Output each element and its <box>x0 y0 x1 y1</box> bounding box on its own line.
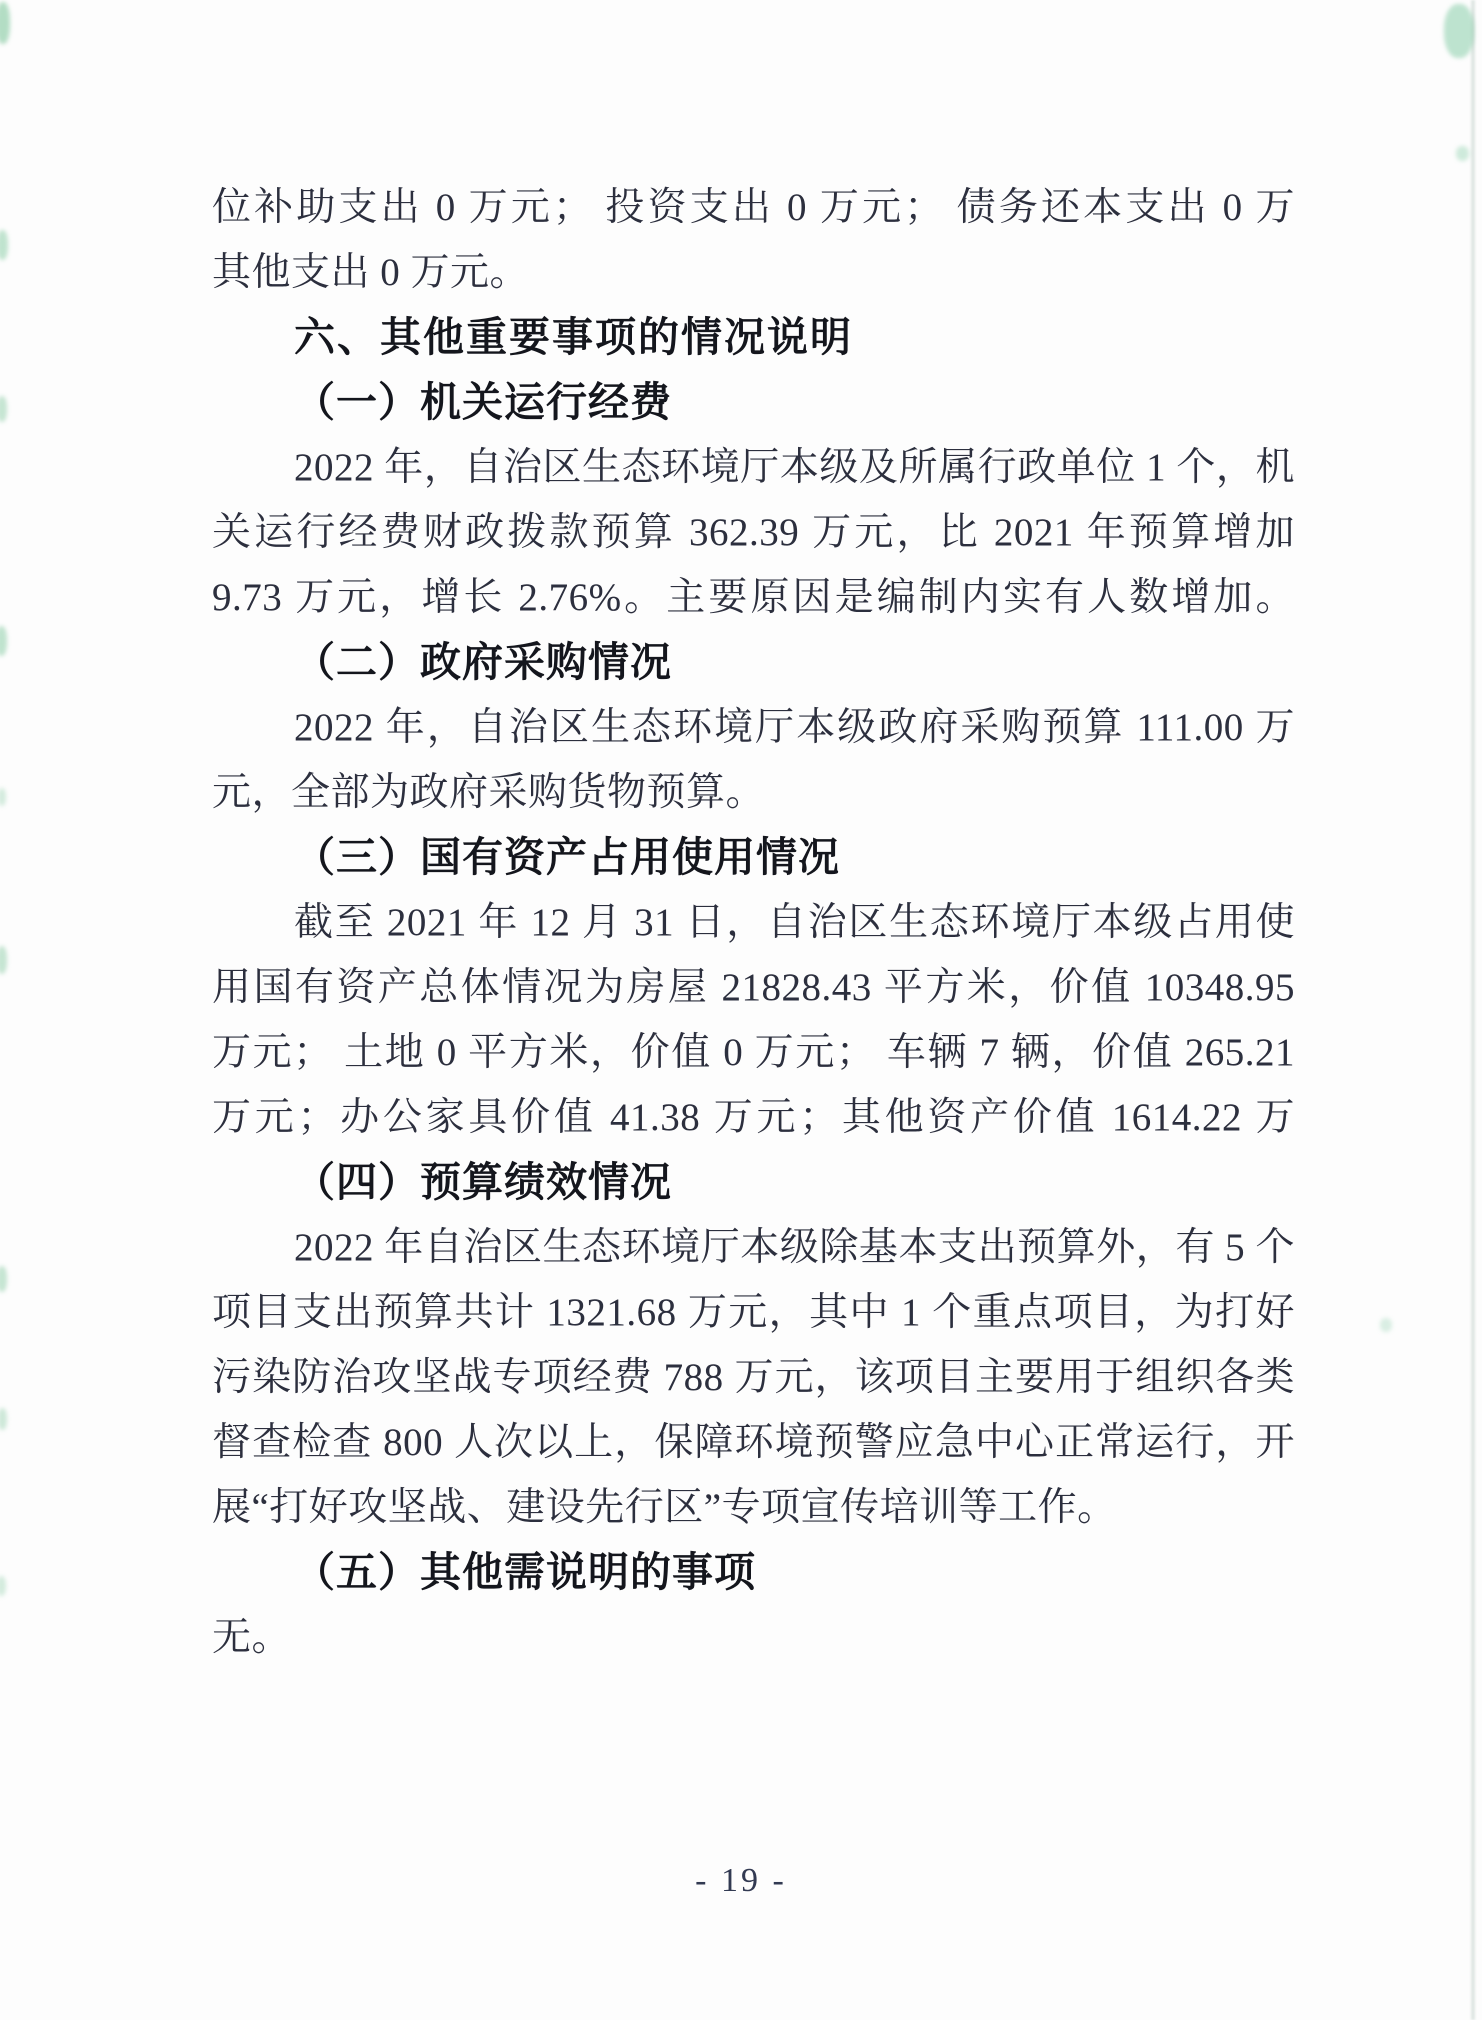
text-line: 9.73 万元，增长 2.76%。主要原因是编制内实有人数增加。 <box>212 565 1295 630</box>
scan-artifact-left <box>0 788 6 806</box>
scan-artifact-left <box>0 230 8 260</box>
text-line: 项目支出预算共计 1321.68 万元，其中 1 个重点项目，为打好 <box>212 1280 1295 1345</box>
text-line: 关运行经费财政拨款预算 362.39 万元，比 2021 年预算增加 <box>212 500 1295 565</box>
text-line: （二）政府采购情况 <box>212 630 1295 695</box>
scan-artifact-left <box>0 946 7 974</box>
text-line: （一）机关运行经费 <box>212 370 1295 435</box>
scan-artifact-top-right <box>1444 4 1474 58</box>
scan-artifact-left <box>0 1576 6 1596</box>
text-line: 其他支出 0 万元。 <box>212 240 1295 305</box>
text-line: 无。 <box>212 1605 1295 1670</box>
text-line: 万元；办公家具价值 41.38 万元；其他资产价值 1614.22 万元。 <box>212 1085 1295 1150</box>
text-line: （四）预算绩效情况 <box>212 1150 1295 1215</box>
text-line: 用国有资产总体情况为房屋 21828.43 平方米，价值 10348.95 <box>212 955 1295 1020</box>
document-page: 位补助支出 0 万元； 投资支出 0 万元； 债务还本支出 0 万元；其他支出 … <box>0 0 1482 2020</box>
scan-artifact-left <box>0 1408 7 1430</box>
text-line: 截至 2021 年 12 月 31 日，自治区生态环境厅本级占用使 <box>212 890 1295 955</box>
text-line: 2022 年自治区生态环境厅本级除基本支出预算外，有 5 个 <box>212 1215 1295 1280</box>
text-line: （三）国有资产占用使用情况 <box>212 825 1295 890</box>
text-line: 2022 年，自治区生态环境厅本级及所属行政单位 1 个，机 <box>212 435 1295 500</box>
text-line: 六、其他重要事项的情况说明 <box>212 305 1295 370</box>
scan-artifact-top-right <box>1456 146 1469 161</box>
text-line: 元，全部为政府采购货物预算。 <box>212 760 1295 825</box>
text-line: 位补助支出 0 万元； 投资支出 0 万元； 债务还本支出 0 万元； <box>212 175 1295 240</box>
text-line: 2022 年，自治区生态环境厅本级政府采购预算 111.00 万 <box>212 695 1295 760</box>
text-line: （五）其他需说明的事项 <box>212 1540 1295 1605</box>
text-line: 污染防治攻坚战专项经费 788 万元，该项目主要用于组织各类 <box>212 1345 1295 1410</box>
scan-artifact-left <box>0 626 7 656</box>
scan-artifact-top-left <box>0 2 10 44</box>
scan-artifact-left <box>0 1266 7 1292</box>
scan-edge-shadow <box>1471 0 1475 2020</box>
text-line: 展“打好攻坚战、建设先行区”专项宣传培训等工作。 <box>212 1475 1295 1540</box>
text-line: 万元； 土地 0 平方米，价值 0 万元； 车辆 7 辆，价值 265.21 <box>212 1020 1295 1085</box>
page-number: - 19 - <box>0 1862 1482 1900</box>
text-block: 位补助支出 0 万元； 投资支出 0 万元； 债务还本支出 0 万元；其他支出 … <box>212 175 1295 1670</box>
text-line: 督查检查 800 人次以上，保障环境预警应急中心正常运行，开 <box>212 1410 1295 1475</box>
scan-artifact-right <box>1380 1318 1392 1332</box>
scan-artifact-left <box>0 396 7 422</box>
